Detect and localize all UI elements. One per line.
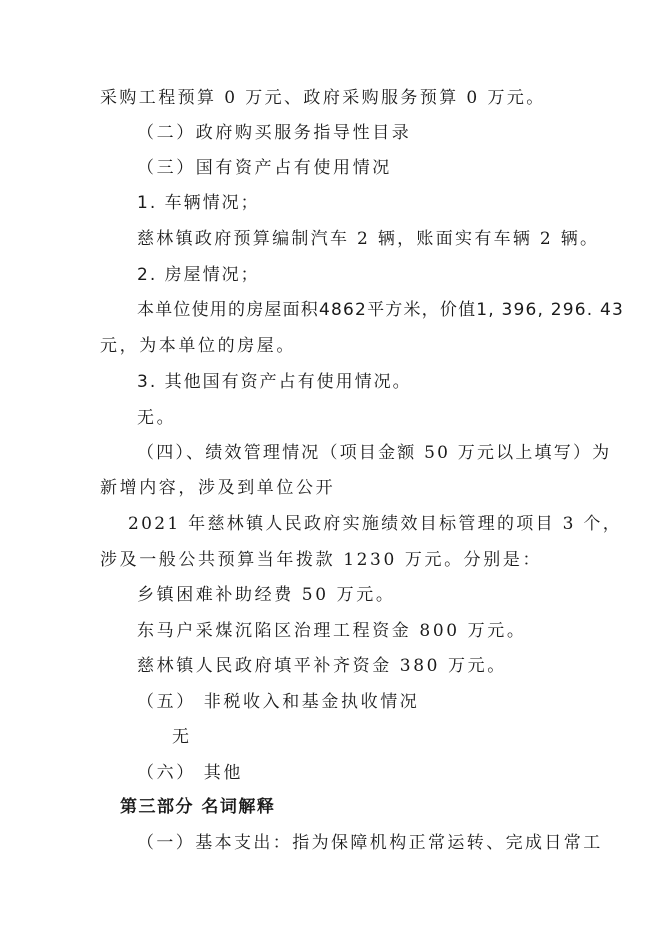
paragraph-performance-projects: 2021 年慈林镇人民政府实施绩效目标管理的项目 3 个， — [128, 512, 622, 536]
paragraph-other-assets-none: 无。 — [137, 406, 176, 430]
paragraph-housing-continuation: 元，为本单位的房屋。 — [100, 334, 296, 358]
subheading-other-assets: 3. 其他国有资产占有使用情况。 — [137, 370, 412, 394]
document-page: 采购工程预算 0 万元、政府采购服务预算 0 万元。 （二）政府购买服务指导性目… — [0, 0, 662, 936]
paragraph-non-tax-revenue-none: 无 — [172, 725, 192, 749]
paragraph-housing-area-value: 本单位使用的房屋面积4862平方米，价值1, 396, 296. 43 — [137, 298, 624, 322]
heading-government-service-catalog: （二）政府购买服务指导性目录 — [137, 121, 411, 145]
heading-performance-management: （四）、绩效管理情况（项目金额 50 万元以上填写）为 — [137, 441, 611, 465]
heading-performance-management-continuation: 新增内容，涉及到单位公开 — [100, 476, 335, 500]
paragraph-performance-budget: 涉及一般公共预算当年拨款 1230 万元。分别是： — [100, 548, 542, 572]
paragraph-basic-expenditure-definition: （一）基本支出：指为保障机构正常运转、完成日常工 — [137, 831, 603, 855]
heading-state-assets: （三）国有资产占有使用情况 — [137, 156, 392, 180]
heading-non-tax-revenue: （五） 非税收入和基金执收情况 — [137, 690, 419, 714]
heading-other: （六） 其他 — [137, 761, 243, 785]
list-item-coal-subsidence-project: 东马户采煤沉陷区治理工程资金 800 万元。 — [137, 619, 526, 643]
list-item-gap-filling-fund: 慈林镇人民政府填平补齐资金 380 万元。 — [137, 654, 507, 678]
list-item-township-subsidy: 乡镇困难补助经费 50 万元。 — [137, 583, 395, 607]
subheading-housing: 2. 房屋情况； — [137, 263, 260, 287]
paragraph-vehicles: 慈林镇政府预算编制汽车 2 辆，账面实有车辆 2 辆。 — [137, 227, 599, 251]
paragraph-procurement-budget-continuation: 采购工程预算 0 万元、政府采购服务预算 0 万元。 — [100, 86, 546, 110]
section-heading-part-three-glossary: 第三部分 名词解释 — [120, 795, 275, 819]
subheading-vehicles: 1. 车辆情况； — [137, 191, 260, 215]
